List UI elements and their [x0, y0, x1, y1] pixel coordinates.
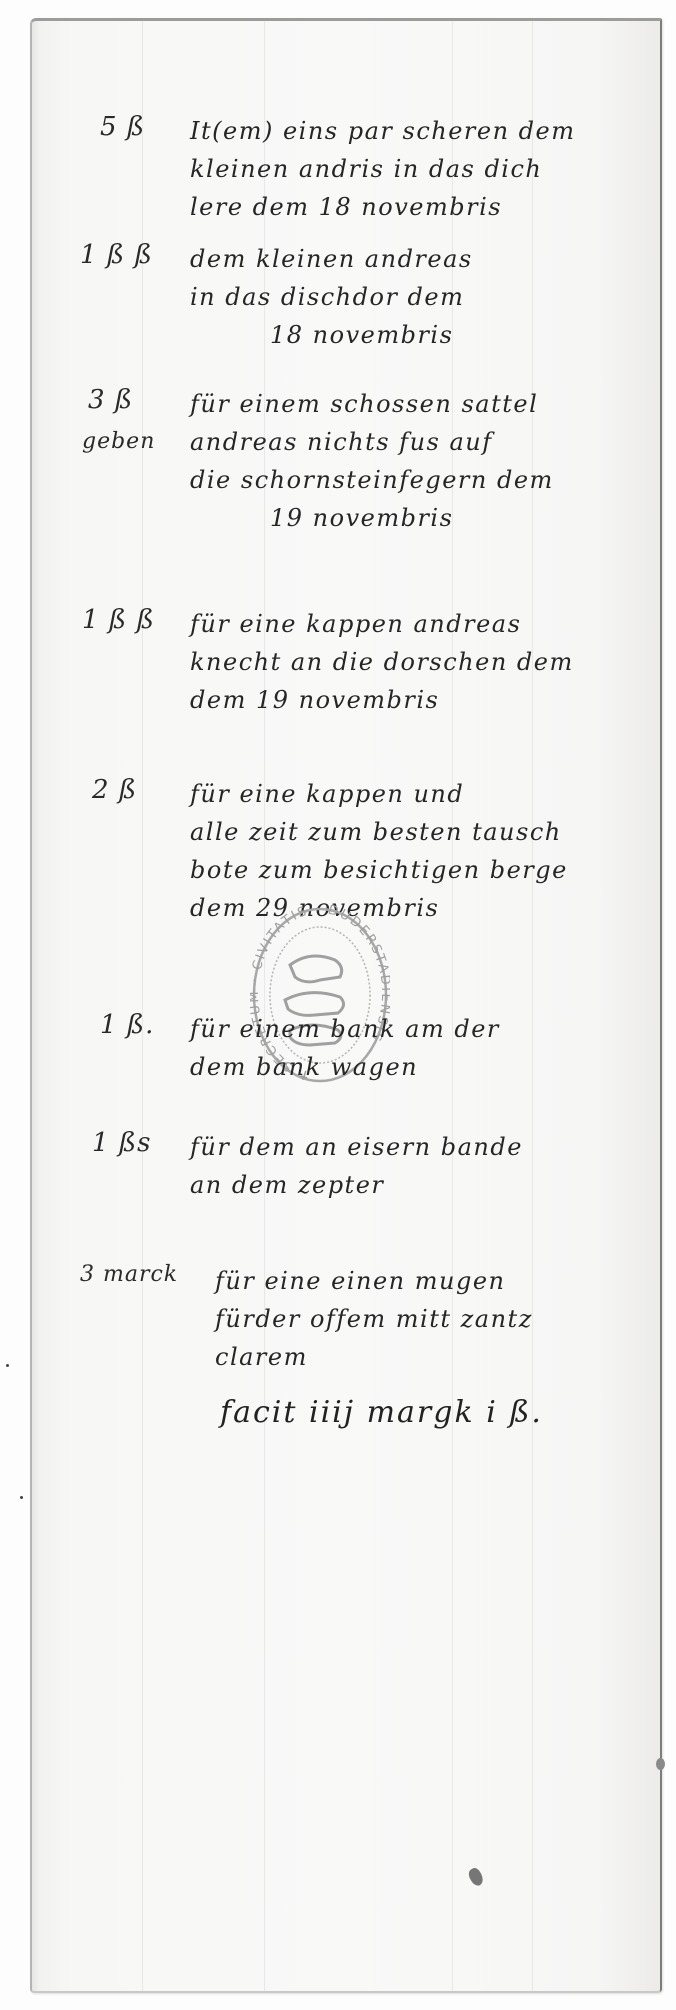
entry-line: für eine einen mugen — [215, 1262, 656, 1300]
entry-amount: 1 ß. — [100, 1010, 154, 1040]
entry-line: 19 novembris — [190, 499, 656, 537]
ledger-total: facit iiij margk i ß. — [220, 1395, 543, 1430]
entry-line: dem 19 novembris — [190, 681, 656, 719]
entry-line: clarem — [215, 1338, 656, 1376]
entry-line: in das dischdor dem — [190, 278, 656, 316]
entry-line: an dem zepter — [190, 1166, 656, 1204]
entry-line: für eine kappen und — [190, 775, 656, 813]
entry-line: lere dem 18 novembris — [190, 188, 656, 226]
entry-line: die schornsteinfegern dem — [190, 461, 656, 499]
entry-line: dem kleinen andreas — [190, 240, 656, 278]
entry-amount: 2 ß — [92, 775, 137, 805]
entry-amount: 3 marck — [80, 1262, 178, 1287]
entry-line: für einem bank am der — [190, 1010, 656, 1048]
binding-pin — [656, 1758, 665, 1770]
entry-line: dem bank wagen — [190, 1048, 656, 1086]
entry-line: für einem schossen sattel — [190, 385, 656, 423]
entry-line: 18 novembris — [190, 316, 656, 354]
entry-line: fürder offem mitt zantz — [215, 1300, 656, 1338]
entry-amount: 1 ß ß — [80, 240, 153, 270]
entry-line: für dem an eisern bande — [190, 1128, 656, 1166]
margin-speck — [20, 1496, 23, 1499]
margin-speck — [6, 1364, 9, 1367]
entry-amount: 1 ßs — [92, 1128, 152, 1158]
entry-line: It(em) eins par scheren dem — [190, 112, 656, 150]
entry-line: andreas nichts fus auf — [190, 423, 656, 461]
margin-note: geben — [82, 429, 155, 454]
entry-line: bote zum besichtigen berge — [190, 851, 656, 889]
entry-amount: 3 ß — [88, 385, 133, 415]
entry-line: kleinen andris in das dich — [190, 150, 656, 188]
paper-fold-line — [142, 21, 143, 1991]
entry-amount: 5 ß — [100, 112, 145, 142]
entry-line: für eine kappen andreas — [190, 605, 656, 643]
entry-line: alle zeit zum besten tausch — [190, 813, 656, 851]
entry-amount: 1 ß ß — [82, 605, 155, 635]
entry-line: knecht an die dorschen dem — [190, 643, 656, 681]
